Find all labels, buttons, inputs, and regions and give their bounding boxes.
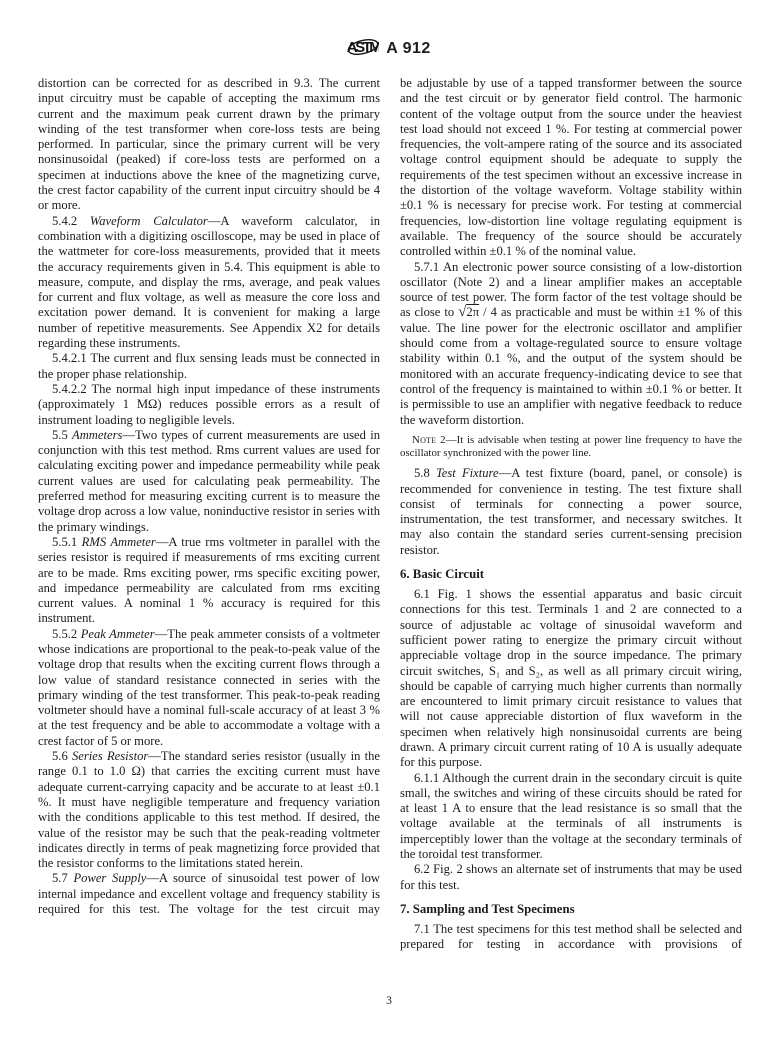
- heading-sampling-test-specimens: 7. Sampling and Test Specimens: [400, 902, 742, 917]
- section-5-5: 5.5 Ammeters—Two types of current measur…: [38, 428, 380, 535]
- section-5-6: 5.6 Series Resistor—The standard series …: [38, 749, 380, 871]
- section-5-4-2: 5.4.2 Waveform Calculator—A waveform cal…: [38, 214, 380, 352]
- section-5-5-1: 5.5.1 RMS Ammeter—A true rms voltmeter i…: [38, 535, 380, 627]
- section-5-5-2: 5.5.2 Peak Ammeter—The peak ammeter cons…: [38, 627, 380, 749]
- section-5-4-2-2: 5.4.2.2 The normal high input impedance …: [38, 382, 380, 428]
- section-5-8: 5.8 Test Fixture—A test fixture (board, …: [400, 466, 742, 558]
- note-label: Note 2: [412, 434, 446, 446]
- section-6-1-1: 6.1.1 Although the current drain in the …: [400, 771, 742, 863]
- paragraph-continuation: be adjustable by use of a tapped transfo…: [400, 76, 742, 260]
- paragraph-continuation: distortion can be corrected for as descr…: [38, 76, 380, 214]
- section-5-4-2-1: 5.4.2.1 The current and flux sensing lea…: [38, 351, 380, 382]
- section-6-2: 6.2 Fig. 2 shows an alternate set of ins…: [400, 862, 742, 893]
- heading-basic-circuit: 6. Basic Circuit: [400, 567, 742, 582]
- page-body: distortion can be corrected for as descr…: [38, 76, 742, 989]
- astm-logo-text: ASTM: [347, 39, 379, 56]
- column-right: be adjustable by use of a tapped transfo…: [400, 76, 742, 989]
- section-6-1: 6.1 Fig. 1 shows the essential apparatus…: [400, 587, 742, 771]
- formula-radicand: 2π: [466, 305, 479, 319]
- document-page: ASTM A 912 distortion can be corrected f…: [0, 0, 778, 1041]
- page-number: 3: [386, 995, 392, 1007]
- note-2: Note 2—It is advisable when testing at p…: [400, 434, 742, 460]
- doc-number: A 912: [386, 40, 431, 58]
- section-5-7-1: 5.7.1 An electronic power source consist…: [400, 260, 742, 428]
- column-left: distortion can be corrected for as descr…: [38, 76, 380, 989]
- formula-rest: / 4: [479, 305, 497, 319]
- section-7-1: 7.1 The test specimens for this test met…: [400, 922, 742, 953]
- page-header: ASTM A 912: [0, 34, 778, 64]
- astm-logo-icon: ASTM: [347, 33, 379, 66]
- section-5-7: 5.7 Power Supply—A source of sinusoidal …: [38, 871, 380, 917]
- page-footer: 3: [0, 995, 778, 1007]
